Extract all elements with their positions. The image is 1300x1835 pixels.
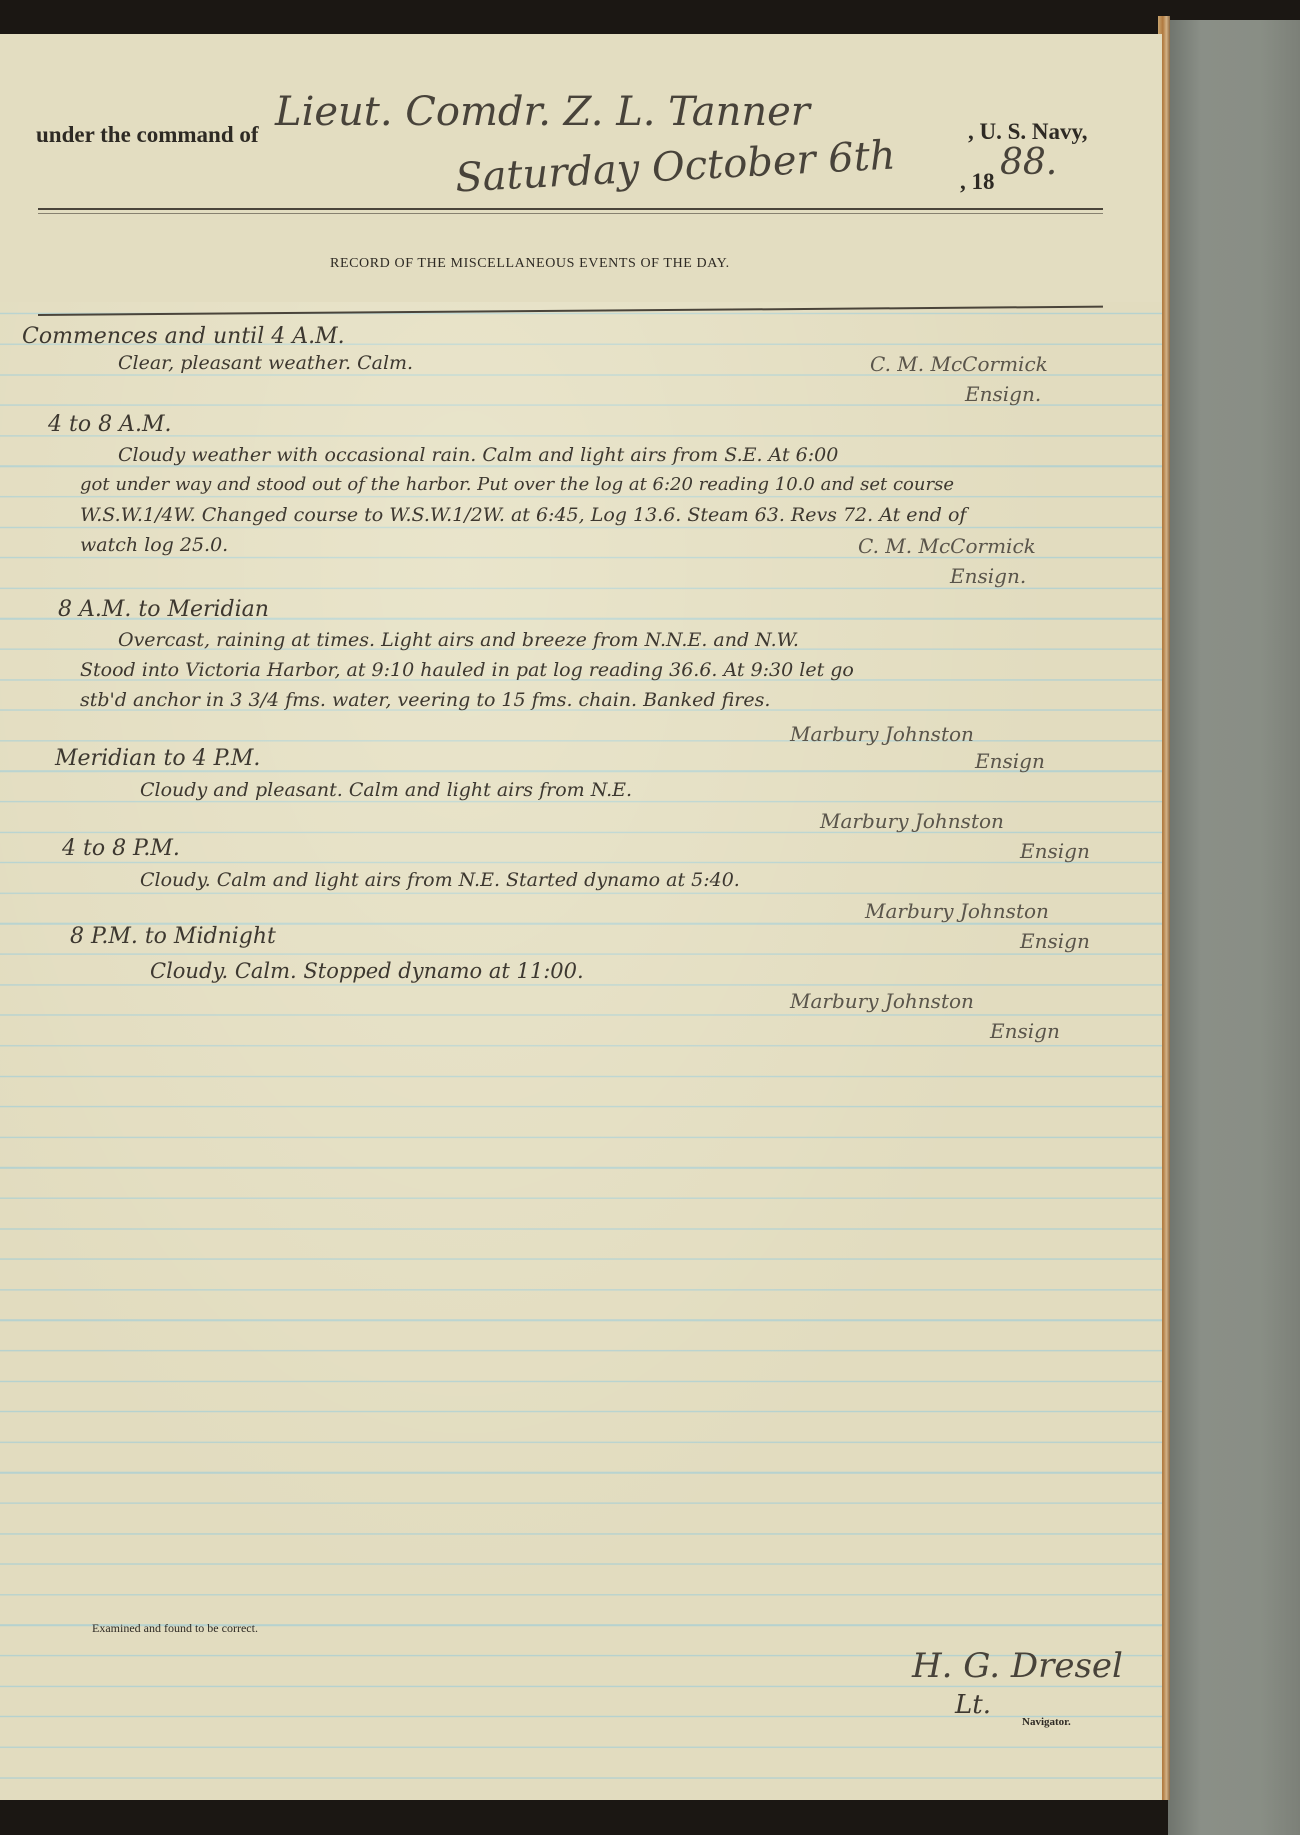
entry-line: got under way and stood out of the harbo… <box>80 474 954 495</box>
officer-rank: Ensign <box>1020 839 1090 863</box>
section-rule <box>38 306 1103 316</box>
officer-signature: Marbury Johnston <box>790 722 974 746</box>
watch-heading: 4 to 8 P.M. <box>62 836 180 861</box>
watch-heading: Meridian to 4 P.M. <box>55 746 260 771</box>
logbook-page: under the command of Lieut. Comdr. Z. L.… <box>0 34 1162 1800</box>
navigator-rank: Lt. <box>955 1690 991 1720</box>
book-cover <box>1168 20 1300 1835</box>
command-label: under the command of <box>36 122 259 148</box>
navigator-signature: H. G. Dresel <box>912 1646 1123 1686</box>
officer-rank: Ensign. <box>965 382 1041 406</box>
entry-line: W.S.W.1/4W. Changed course to W.S.W.1/2W… <box>80 504 966 526</box>
entry-line: Overcast, raining at times. Light airs a… <box>118 629 799 651</box>
examined-statement: Examined and found to be correct. <box>92 1621 258 1636</box>
entry-line: Cloudy. Calm. Stopped dynamo at 11:00. <box>150 959 584 983</box>
officer-signature: Marbury Johnston <box>865 899 1049 923</box>
officer-rank: Ensign <box>975 749 1045 773</box>
officer-signature: C. M. McCormick <box>870 352 1048 376</box>
officer-rank: Ensign <box>990 1019 1060 1043</box>
watch-heading: 8 P.M. to Midnight <box>70 924 276 949</box>
officer-signature: Marbury Johnston <box>790 989 974 1013</box>
entry-line: Cloudy. Calm and light airs from N.E. St… <box>140 869 740 891</box>
watch-heading: 8 A.M. to Meridian <box>58 597 269 622</box>
year-suffix: 88. <box>1000 142 1057 183</box>
entry-line: Cloudy and pleasant. Calm and light airs… <box>140 779 632 801</box>
commander-name: Lieut. Comdr. Z. L. Tanner <box>275 89 810 135</box>
section-title: RECORD OF THE MISCELLANEOUS EVENTS OF TH… <box>330 256 730 272</box>
officer-rank: Ensign <box>1020 929 1090 953</box>
navigator-label: Navigator. <box>1022 1716 1071 1728</box>
watch-heading: 4 to 8 A.M. <box>48 412 171 437</box>
entry-line: Stood into Victoria Harbor, at 9:10 haul… <box>80 659 854 681</box>
header-rule <box>38 208 1103 210</box>
entry-line: Cloudy weather with occasional rain. Cal… <box>118 444 838 466</box>
year-prefix: , 18 <box>960 169 995 195</box>
officer-rank: Ensign. <box>950 564 1026 588</box>
entry-line: Clear, pleasant weather. Calm. <box>118 352 413 374</box>
entry-line: watch log 25.0. <box>80 534 228 556</box>
entry-line: stb'd anchor in 3 3/4 fms. water, veerin… <box>80 689 770 711</box>
watch-heading: Commences and until 4 A.M. <box>22 324 345 349</box>
header-rule-thin <box>38 213 1103 214</box>
officer-signature: Marbury Johnston <box>820 809 1004 833</box>
officer-signature: C. M. McCormick <box>858 534 1036 558</box>
